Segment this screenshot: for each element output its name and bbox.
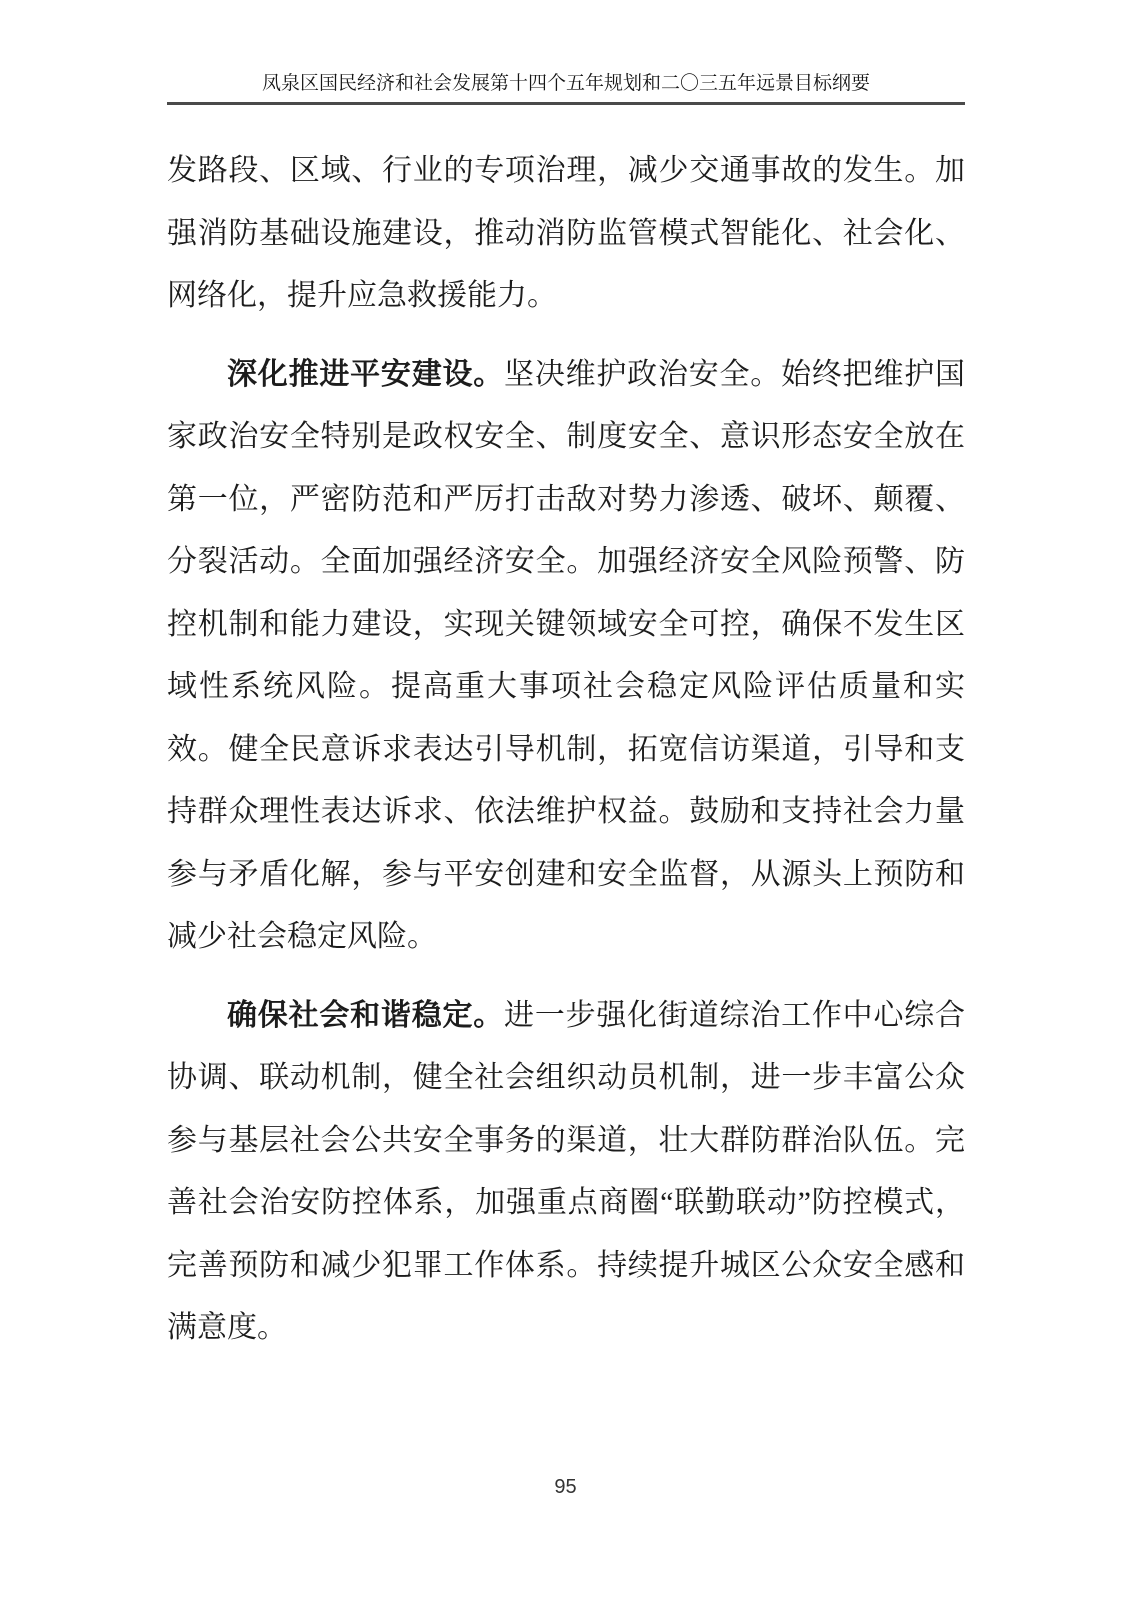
page-footer: 95 <box>0 1476 1131 1499</box>
document-page: 凤泉区国民经济和社会发展第十四个五年规划和二〇三五年远景目标纲要 发路段、区域、… <box>0 0 1131 1360</box>
paragraph-3-lead: 确保社会和谐稳定。 <box>227 999 504 1032</box>
paragraph-2-lead: 深化推进平安建设。 <box>227 358 504 391</box>
paragraph-1: 发路段、区域、行业的专项治理，减少交通事故的发生。加强消防基础设施建设，推动消防… <box>167 140 965 328</box>
paragraph-2: 深化推进平安建设。坚决维护政治安全。始终把维护国家政治安全特别是政权安全、制度安… <box>167 344 965 969</box>
page-header: 凤泉区国民经济和社会发展第十四个五年规划和二〇三五年远景目标纲要 <box>167 0 965 105</box>
paragraph-3: 确保社会和谐稳定。进一步强化街道综治工作中心综合协调、联动机制，健全社会组织动员… <box>167 985 965 1360</box>
paragraph-3-text: 进一步强化街道综治工作中心综合协调、联动机制，健全社会组织动员机制，进一步丰富公… <box>167 999 965 1345</box>
paragraph-2-text: 坚决维护政治安全。始终把维护国家政治安全特别是政权安全、制度安全、意识形态安全放… <box>167 358 965 954</box>
paragraph-1-text: 发路段、区域、行业的专项治理，减少交通事故的发生。加强消防基础设施建设，推动消防… <box>167 154 965 312</box>
page-number: 95 <box>554 1476 576 1498</box>
header-title: 凤泉区国民经济和社会发展第十四个五年规划和二〇三五年远景目标纲要 <box>167 73 965 95</box>
page-body: 发路段、区域、行业的专项治理，减少交通事故的发生。加强消防基础设施建设，推动消防… <box>167 140 965 1360</box>
